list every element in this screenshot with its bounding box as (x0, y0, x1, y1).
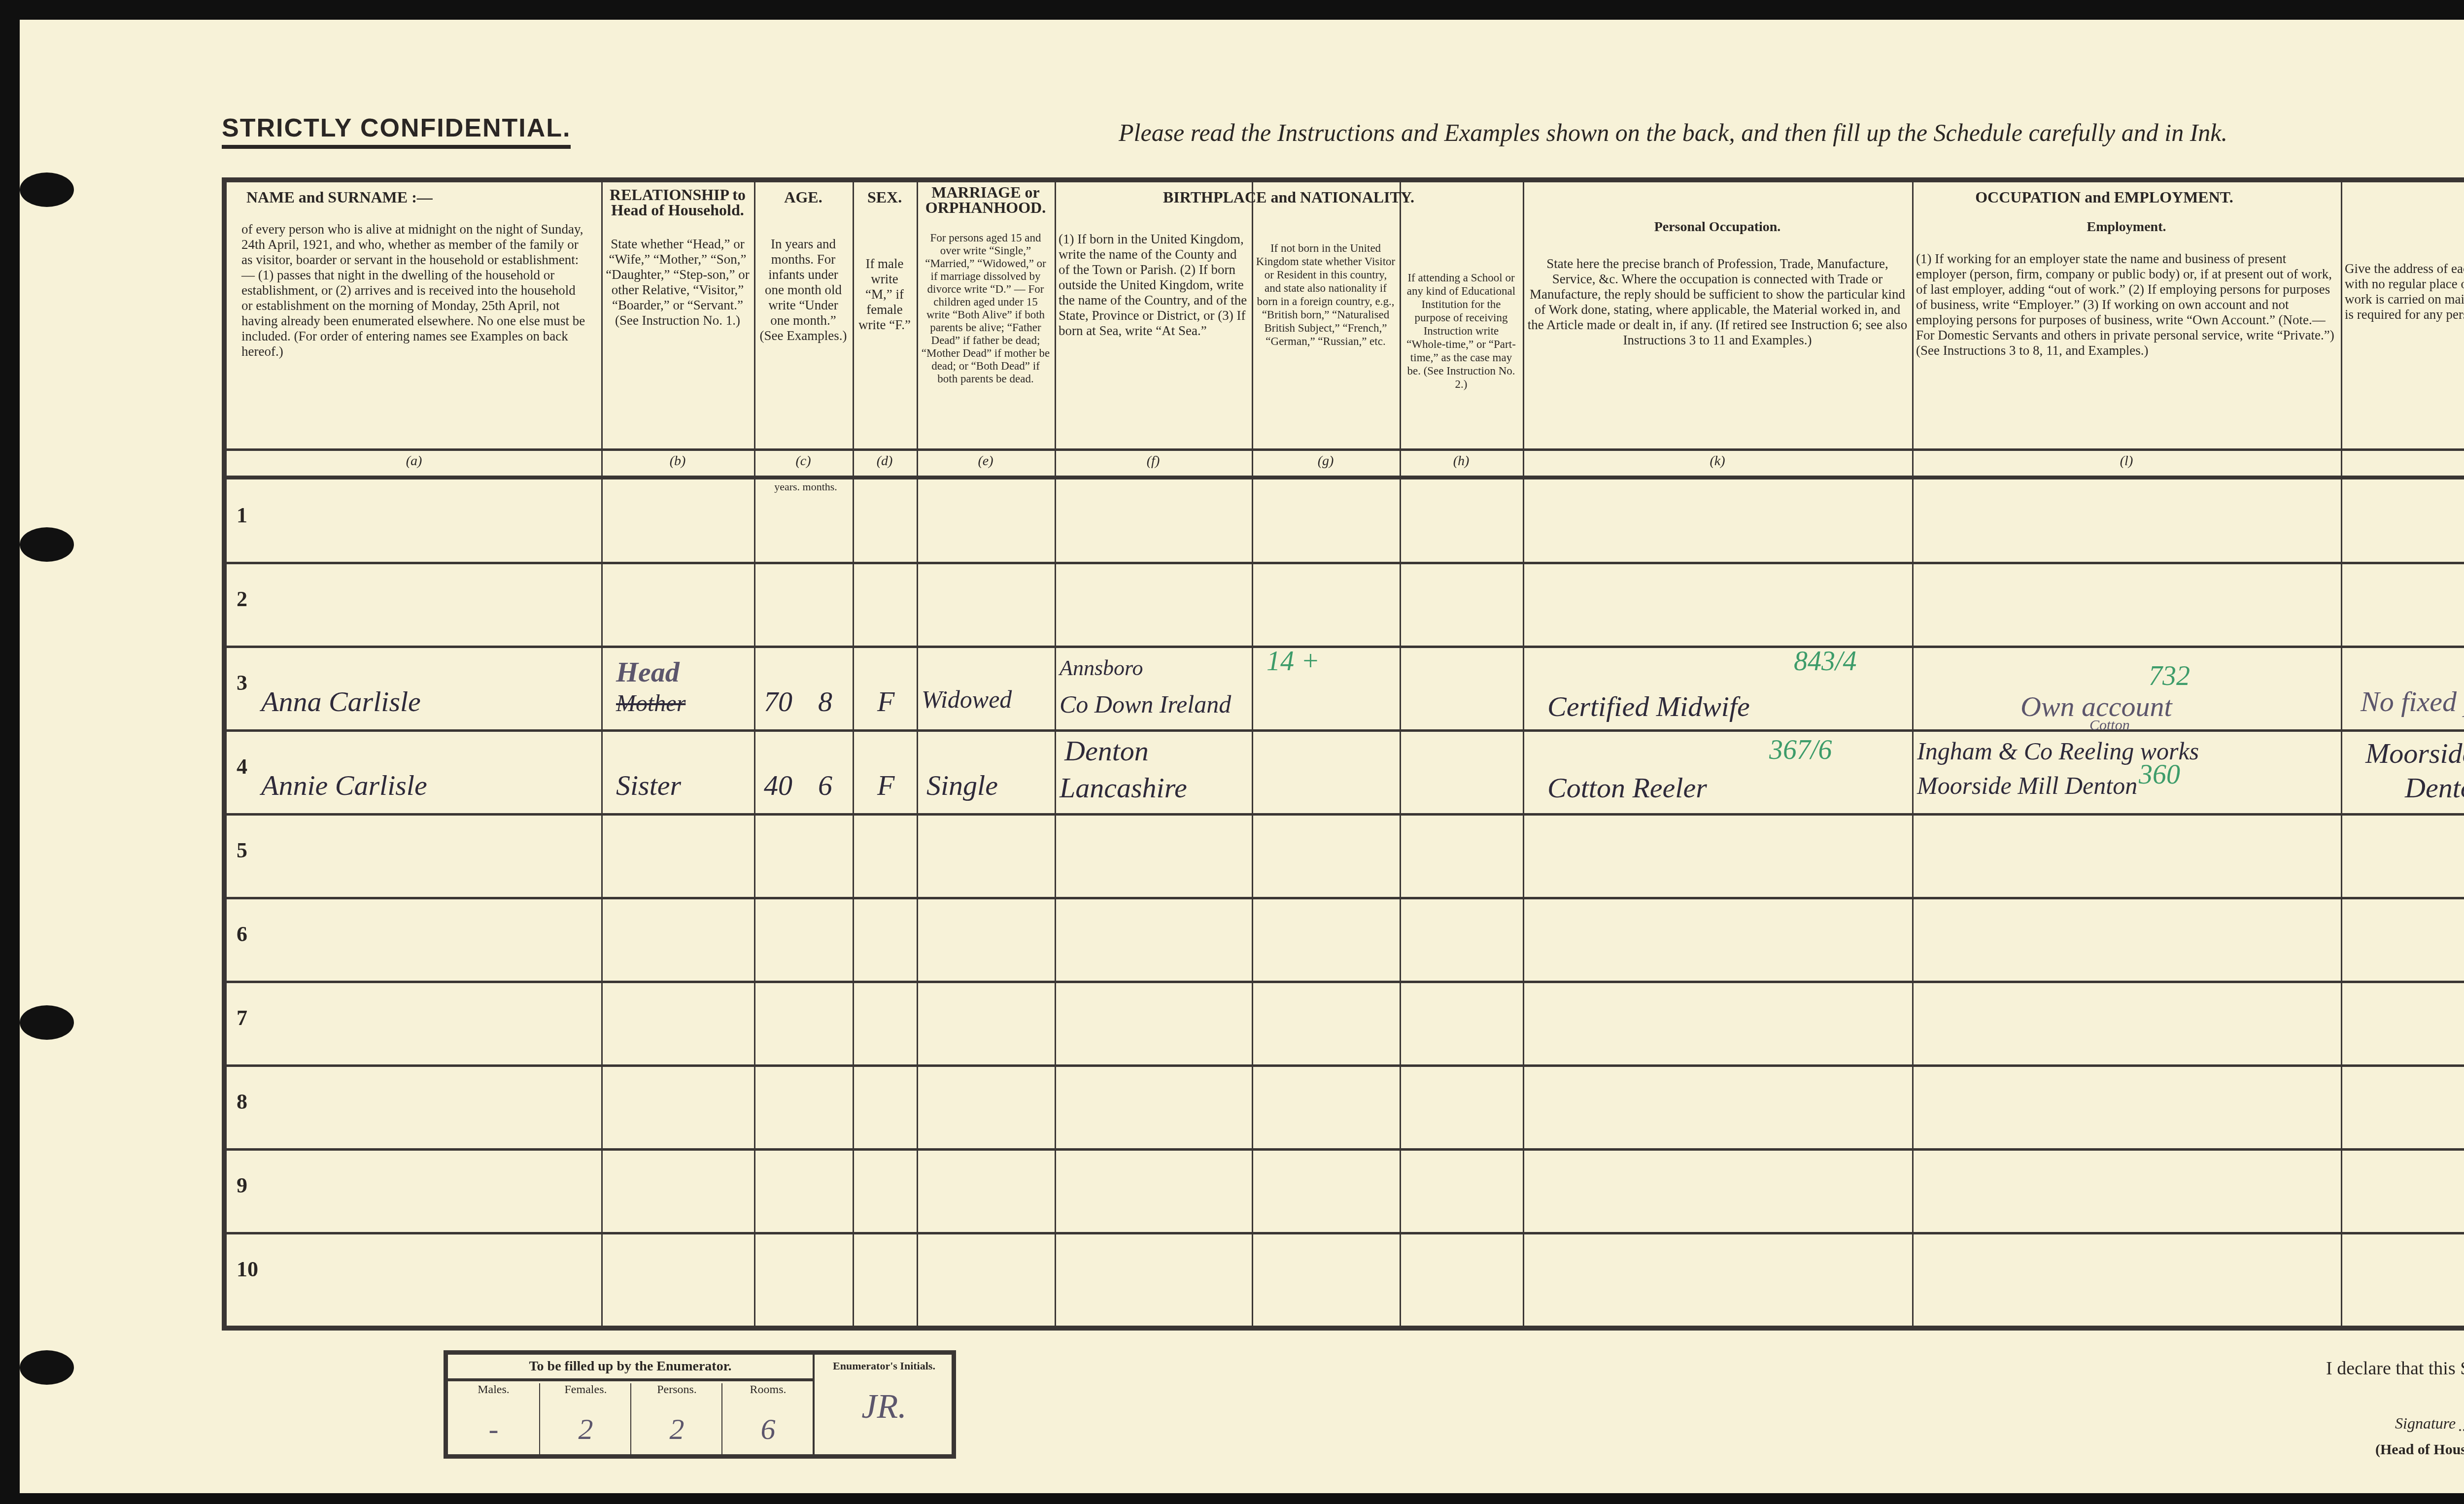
row3-employment-code: 732 (2149, 660, 2190, 692)
punch-hole (20, 1005, 74, 1040)
header-employment: Employment. (1912, 219, 2341, 235)
col-letter: (m) (2341, 453, 2464, 469)
row-divider (227, 562, 2464, 564)
row-number: 3 (237, 670, 247, 695)
row4-marriage: Single (926, 769, 998, 802)
header-relationship: RELATIONSHIP to Head of Household. (601, 187, 754, 218)
col-letter: (a) (227, 453, 601, 469)
header-occupation: OCCUPATION and EMPLOYMENT. (1523, 190, 2464, 205)
header-birthplace: BIRTHPLACE and NATIONALITY. (1055, 190, 1523, 205)
row-divider (227, 646, 2464, 648)
females-cell: Females.2 (539, 1383, 631, 1454)
row-number: 8 (237, 1089, 247, 1114)
row4-age-months: 6 (818, 769, 832, 802)
col-divider (853, 182, 854, 1326)
row4-employment-code: 360 (2139, 759, 2180, 790)
col-letter: (k) (1523, 453, 1912, 469)
header-nationality-g: If not born in the United Kingdom state … (1252, 241, 1400, 348)
col-letter: (g) (1252, 453, 1400, 469)
census-form-table: NAME and SURNAME :— of every person who … (222, 177, 2464, 1331)
col-letter: (d) (853, 453, 917, 469)
row-number: 9 (237, 1173, 247, 1198)
row3-age-months: 8 (818, 685, 832, 718)
header-age-body: In years and months. For infants under o… (754, 237, 853, 343)
col-letter: (b) (601, 453, 754, 469)
row-divider (227, 1232, 2464, 1234)
row4-age-years: 40 (764, 769, 792, 802)
enumerator-summary-box: To be filled up by the Enumerator. Males… (444, 1350, 956, 1459)
row3-occupation-code: 843/4 (1794, 646, 1857, 677)
row-divider (227, 813, 2464, 816)
row4-occupation: Cotton Reeler (1547, 771, 1707, 804)
punch-hole (20, 172, 74, 207)
signature-line (2459, 1429, 2464, 1431)
header-marriage-body: For persons aged 15 and over write “Sing… (917, 232, 1055, 385)
header-sex-body: If male write “M,” if female write “F.” (853, 256, 917, 333)
row3-name: Anna Carlisle (261, 685, 421, 718)
header-employment-l: (1) If working for an employer state the… (1912, 251, 2341, 358)
header-place-of-work: Place of Work. (2341, 219, 2464, 235)
row4-relationship: Sister (616, 769, 681, 802)
row3-sex: F (877, 685, 894, 718)
header-education-h: If attending a School or any kind of Edu… (1400, 271, 1523, 391)
col-divider (754, 182, 755, 1326)
signature-label: Signature (2395, 1414, 2456, 1433)
header-divider (227, 476, 2464, 479)
col-letter: (e) (917, 453, 1055, 469)
row3-relationship: Head (616, 655, 680, 688)
row-number: 1 (237, 503, 247, 528)
instructions-line: Please read the Instructions and Example… (1119, 118, 2227, 147)
row3-birthplace-line1: Annsboro (1060, 655, 1143, 681)
header-age: AGE. (754, 190, 853, 205)
age-subheading: years. months. (759, 480, 853, 493)
col-letter: (f) (1055, 453, 1252, 469)
header-birthplace-f: (1) If born in the United Kingdom, write… (1055, 232, 1252, 339)
header-name-body: of every person who is alive at midnight… (227, 222, 601, 359)
col-divider (1055, 182, 1056, 1326)
row-number: 5 (237, 838, 247, 863)
enumerator-heading: To be filled up by the Enumerator. (448, 1355, 813, 1381)
row3-occupation: Certified Midwife (1547, 690, 1750, 723)
header-relationship-body: State whether “Head,” or “Wife,” “Mother… (601, 237, 754, 328)
header-marriage: MARRIAGE or ORPHANHOOD. (917, 185, 1055, 215)
confidential-title: STRICTLY CONFIDENTIAL. (222, 113, 571, 149)
header-name: NAME and SURNAME :— (227, 190, 601, 205)
col-letter: (h) (1400, 453, 1523, 469)
col-letter: (c) (754, 453, 853, 469)
row-number: 4 (237, 754, 247, 779)
persons-cell: Persons.2 (630, 1383, 722, 1454)
header-divider (227, 448, 2464, 451)
row3-birthplace-code: 14 + (1266, 646, 1320, 677)
row-number: 6 (237, 922, 247, 947)
row4-employment-line2: Moorside Mill Denton (1917, 771, 2137, 800)
row4-place-line2: Denton (2405, 771, 2464, 804)
rooms-cell: Rooms.6 (721, 1383, 814, 1454)
punch-hole (20, 1350, 74, 1385)
row4-sex: F (877, 769, 894, 802)
row3-birthplace-line2: Co Down Ireland (1060, 690, 1231, 718)
row3-age-years: 70 (764, 685, 792, 718)
signature-note: (Head of Household, Manager of Establish… (2375, 1441, 2464, 1458)
col-divider (601, 182, 603, 1326)
row4-place-line1: Moorside Mill (2365, 737, 2464, 770)
row-number: 10 (237, 1257, 258, 1282)
header-personal-occupation: Personal Occupation. (1523, 219, 1912, 235)
row4-employment-note: Cotton (2089, 717, 2130, 734)
col-divider (2341, 182, 2342, 1326)
row-divider (227, 1148, 2464, 1151)
punch-hole (20, 527, 74, 562)
row-divider (227, 981, 2464, 983)
row4-birthplace-line2: Lancashire (1060, 771, 1187, 804)
col-divider (1523, 182, 1524, 1326)
row3-marriage: Widowed (922, 685, 1012, 714)
declaration-text: I declare that this Schedule is correctl… (2326, 1358, 2464, 1379)
row-divider (227, 897, 2464, 899)
header-place-of-work-m: Give the address of each person’s place … (2341, 261, 2464, 322)
males-cell: Males.- (448, 1383, 539, 1454)
row4-occupation-code: 367/6 (1769, 734, 1832, 766)
header-occupation-k: State here the precise branch of Profess… (1523, 256, 1912, 348)
row-divider (227, 1064, 2464, 1067)
row-number: 2 (237, 586, 247, 612)
row3-place-of-work: No fixed place (2361, 685, 2464, 718)
row3-relationship-struck: Mother (616, 690, 685, 717)
row4-birthplace-line1: Denton (1064, 734, 1149, 767)
enumerator-initials: Enumerator's Initials.JR. (813, 1355, 954, 1454)
header-sex: SEX. (853, 190, 917, 205)
row4-name: Annie Carlisle (261, 769, 427, 802)
row-number: 7 (237, 1005, 247, 1030)
col-divider (1252, 182, 1253, 1326)
col-letter: (l) (1912, 453, 2341, 469)
